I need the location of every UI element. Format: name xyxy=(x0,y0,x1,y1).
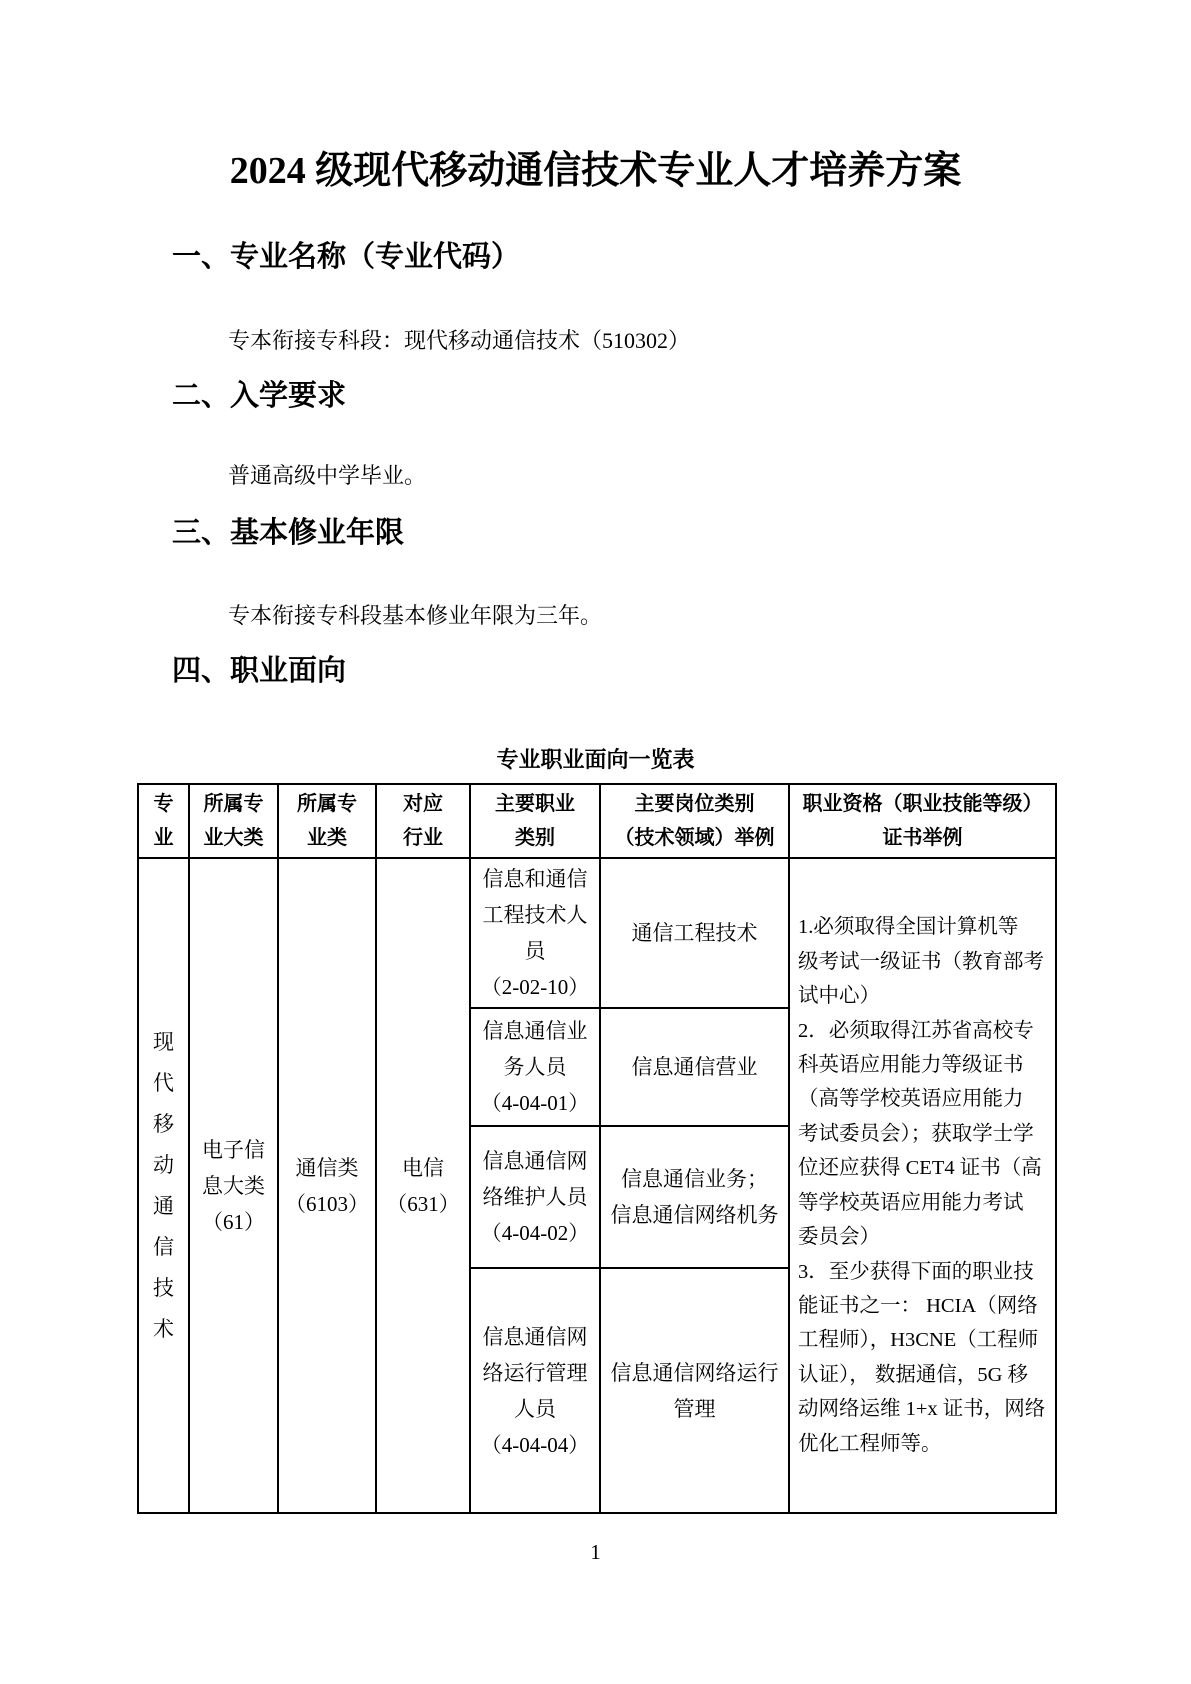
section-heading-3: 三、基本修业年限 xyxy=(172,516,404,551)
section-body-1: 专本衔接专科段：现代移动通信技术（510302） xyxy=(228,327,690,356)
header-occupation: 主要职业 类别 xyxy=(470,784,600,858)
section-body-3: 专本衔接专科段基本修业年限为三年。 xyxy=(228,602,602,631)
cell-industry: 电信 （631） xyxy=(376,858,470,1513)
cell-certificates: 1.必须取得全国计算机等 级考试一级证书（教育部考 试中心） 2．必须取得江苏省… xyxy=(789,858,1056,1513)
page-number: 1 xyxy=(0,1540,1191,1565)
cell-post-2: 信息通信营业 xyxy=(600,1008,789,1126)
table-header-row: 专 业 所属专 业大类 所属专 业类 对应 行业 主要职业 类别 主要岗位类别 … xyxy=(138,784,1056,858)
cell-occupation-2: 信息通信业 务人员 （4-04-01） xyxy=(470,1008,600,1126)
header-sub-category: 所属专 业类 xyxy=(278,784,376,858)
cell-post-4: 信息通信网络运行 管理 xyxy=(600,1268,789,1513)
cell-post-3: 信息通信业务； 信息通信网络机务 xyxy=(600,1126,789,1268)
cell-sub-category: 通信类 （6103） xyxy=(278,858,376,1513)
cell-major-category: 电子信 息大类 （61） xyxy=(189,858,278,1513)
table-row-1: 现代移动通信技术 电子信 息大类 （61） 通信类 （6103） 电信 （631… xyxy=(138,858,1056,1008)
header-industry: 对应 行业 xyxy=(376,784,470,858)
document-page: 2024 级现代移动通信技术专业人才培养方案 一、专业名称（专业代码） 专本衔接… xyxy=(0,0,1191,1684)
header-post-examples: 主要岗位类别 （技术领域）举例 xyxy=(600,784,789,858)
header-major: 专 业 xyxy=(138,784,189,858)
cell-major: 现代移动通信技术 xyxy=(138,858,189,1513)
header-certificates: 职业资格（职业技能等级） 证书举例 xyxy=(789,784,1056,858)
cell-occupation-1: 信息和通信 工程技术人 员 （2-02-10） xyxy=(470,858,600,1008)
section-heading-2: 二、入学要求 xyxy=(172,379,346,414)
table-caption: 专业职业面向一览表 xyxy=(0,743,1191,774)
section-body-2: 普通高级中学毕业。 xyxy=(228,462,426,491)
document-title: 2024 级现代移动通信技术专业人才培养方案 xyxy=(0,150,1191,194)
cell-occupation-3: 信息通信网 络维护人员 （4-04-02） xyxy=(470,1126,600,1268)
header-major-category: 所属专 业大类 xyxy=(189,784,278,858)
career-orientation-table: 专 业 所属专 业大类 所属专 业类 对应 行业 主要职业 类别 主要岗位类别 … xyxy=(137,783,1057,1514)
cell-occupation-4: 信息通信网 络运行管理 人员 （4-04-04） xyxy=(470,1268,600,1513)
cell-post-1: 通信工程技术 xyxy=(600,858,789,1008)
section-heading-4: 四、职业面向 xyxy=(172,654,346,689)
section-heading-1: 一、专业名称（专业代码） xyxy=(172,240,520,275)
